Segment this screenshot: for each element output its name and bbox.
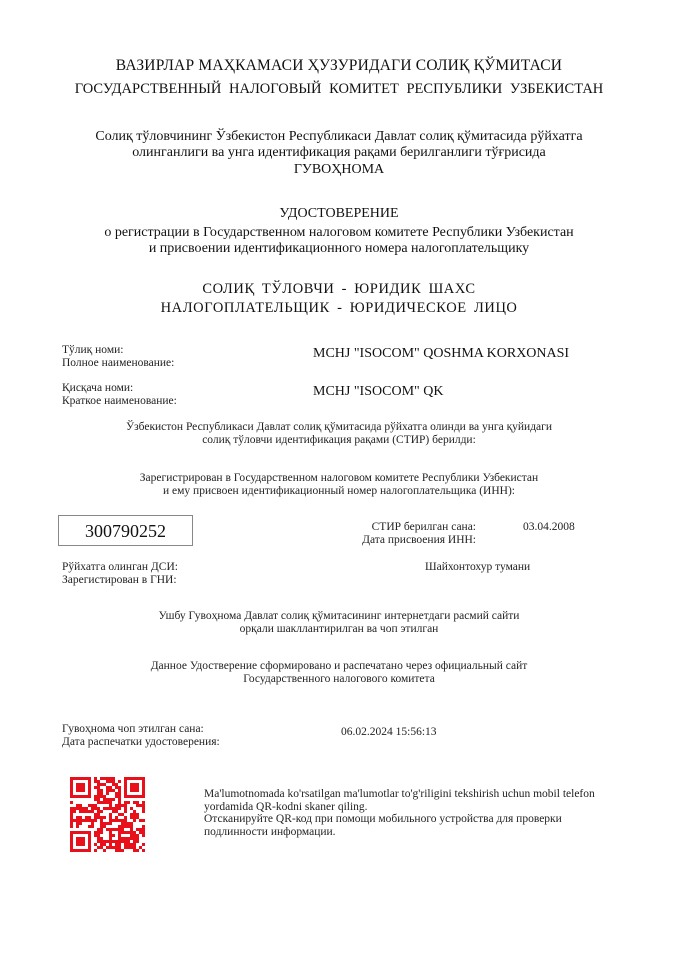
issued-note-ru-line2: Государственного налогового комитета xyxy=(0,673,678,686)
print-date-label-uz: Гувоҳнома чоп этилган сана: xyxy=(62,723,220,736)
tin-date-label-ru: Дата присвоения ИНН: xyxy=(330,534,476,547)
tin-statement-ru-line1: Зарегистрирован в Государственном налого… xyxy=(0,472,678,485)
title-uz-line1: Солиқ тўловчининг Ўзбекистон Республикас… xyxy=(0,128,678,145)
print-date-value: 06.02.2024 15:56:13 xyxy=(341,726,437,739)
full-name-label: Тўлиқ номи: Полное наименование: xyxy=(62,344,174,369)
tin-date-value: 03.04.2008 xyxy=(523,521,575,534)
document-name-uz: ГУВОҲНОМА xyxy=(0,161,678,178)
issued-note-uz-line1: Ушбу Гувоҳнома Давлат солиқ қўмитасининг… xyxy=(0,610,678,623)
issued-note-uz-line2: орқали шакллантирилган ва чоп этилган xyxy=(0,623,678,636)
document-name-ru: УДОСТОВЕРЕНИЕ xyxy=(0,205,678,222)
print-date-label: Гувоҳнома чоп этилган сана: Дата распеча… xyxy=(62,723,220,748)
short-name-label-uz: Қисқача номи: xyxy=(62,382,177,395)
header-committee-uz: ВАЗИРЛАР МАҲКАМАСИ ҲУЗУРИДАГИ СОЛИҚ ҚЎМИ… xyxy=(0,57,678,75)
qr-note-ru-line1: Отсканируйте QR-код при помощи мобильног… xyxy=(204,813,595,826)
registered-at-label: Рўйхатга олинган ДСИ: Зарегистирован в Г… xyxy=(62,561,178,586)
taxpayer-type-ru: НАЛОГОПЛАТЕЛЬЩИК - ЮРИДИЧЕСКОЕ ЛИЦО xyxy=(0,297,678,319)
tin-date-label-uz: СТИР берилган сана: xyxy=(330,521,476,534)
tin-statement-uz-line1: Ўзбекистон Республикаси Давлат солиқ қўм… xyxy=(0,421,678,434)
qr-code-icon xyxy=(70,777,145,852)
qr-note-ru-line2: подлинности информации. xyxy=(204,826,595,839)
registered-at-label-ru: Зарегистирован в ГНИ: xyxy=(62,574,178,587)
qr-note-uz-line2: yordamida QR-kodni skaner qiling. xyxy=(204,801,595,814)
registered-at-value: Шайхонтохур тумани xyxy=(425,561,530,574)
short-name-label: Қисқача номи: Краткое наименование: xyxy=(62,382,177,407)
tin-date-label: СТИР берилган сана: Дата присвоения ИНН: xyxy=(330,521,476,546)
title-uz-line2: олинганлиги ва унга идентификация рақами… xyxy=(0,144,678,161)
header-committee-ru: ГОСУДАРСТВЕННЫЙ НАЛОГОВЫЙ КОМИТЕТ РЕСПУБ… xyxy=(0,81,678,98)
title-ru-line1: о регистрации в Государственном налогово… xyxy=(0,224,678,241)
title-ru-line2: и присвоении идентификационного номера н… xyxy=(0,240,678,257)
tin-statement-uz-line2: солиқ тўловчи идентификация рақами (СТИР… xyxy=(0,434,678,447)
tin-number-box: 300790252 xyxy=(58,515,193,546)
print-date-label-ru: Дата распечатки удостоверения: xyxy=(62,736,220,749)
short-name-label-ru: Краткое наименование: xyxy=(62,395,177,408)
full-name-label-uz: Тўлиқ номи: xyxy=(62,344,174,357)
full-name-value: MCHJ "ISOCOM" QOSHMA KORXONASI xyxy=(313,346,569,362)
full-name-label-ru: Полное наименование: xyxy=(62,357,174,370)
issued-note-ru-line1: Данное Удостверение сформировано и распе… xyxy=(0,660,678,673)
qr-note-uz-line1: Ma'lumotnomada ko'rsatilgan ma'lumotlar … xyxy=(204,788,595,801)
tin-statement-ru-line2: и ему присвоен идентификационный номер н… xyxy=(0,485,678,498)
registered-at-label-uz: Рўйхатга олинган ДСИ: xyxy=(62,561,178,574)
qr-instructions: Ma'lumotnomada ko'rsatilgan ma'lumotlar … xyxy=(204,788,595,838)
short-name-value: MCHJ "ISOCOM" QK xyxy=(313,384,443,400)
